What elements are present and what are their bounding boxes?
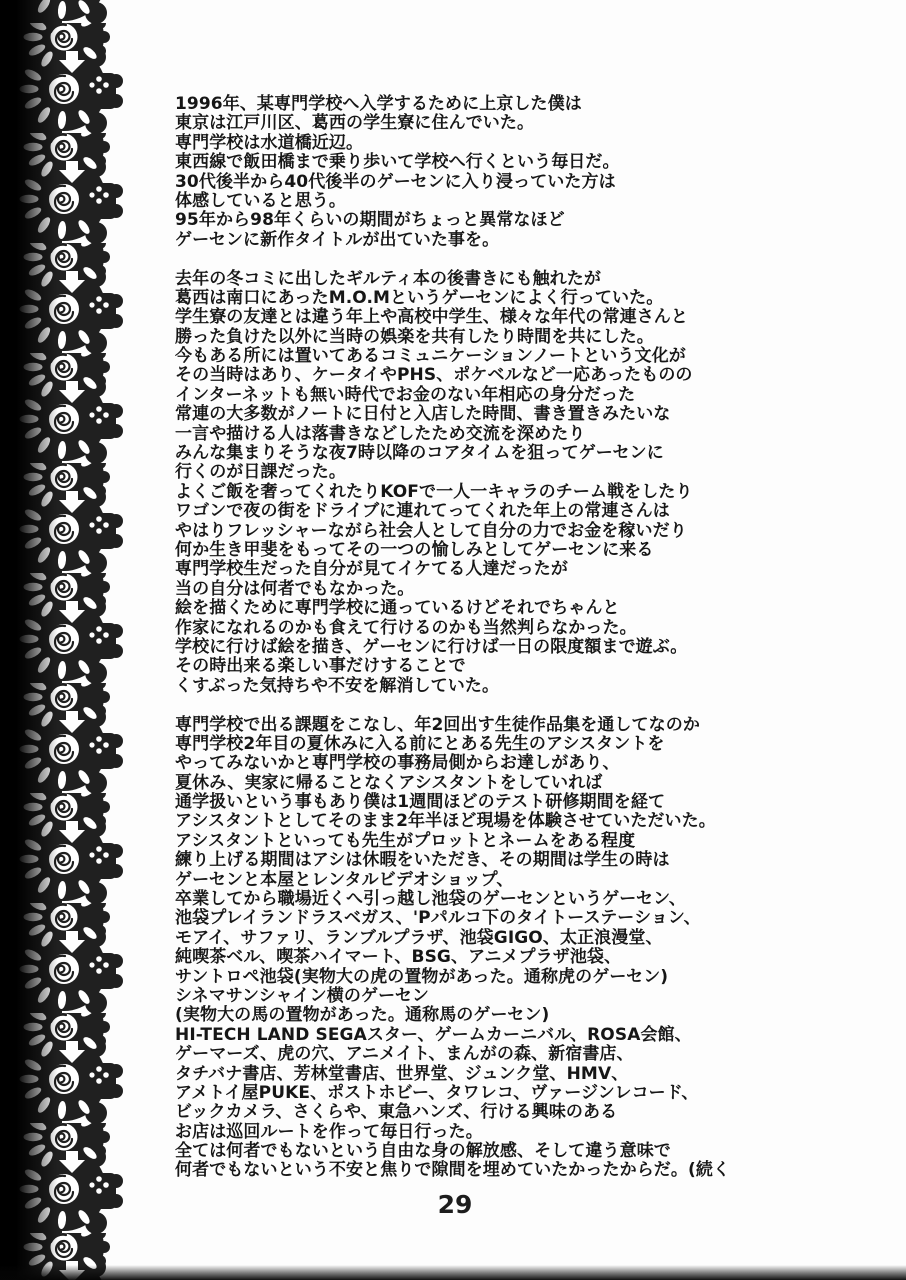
text-line: ゲーセンに新作タイトルが出ていた事を。 [175, 231, 730, 250]
bottom-edge-shadow [0, 1265, 906, 1280]
text-line: ゲーセンと本屋とレンタルビデオショップ、 [175, 871, 730, 890]
text-line: 95年から98年くらいの期間がちょっと異常なほど [175, 211, 730, 230]
text-line: アシスタントといっても先生がプロットとネームをある程度 [175, 832, 730, 851]
text-line: 葛西は南口にあったM.O.Mというゲーセンによく行っていた。 [175, 289, 730, 308]
manga-afterword-page: 1996年、某専門学校へ入学するために上京した僕は東京は江戸川区、葛西の学生寮に… [0, 0, 906, 1280]
text-line: 専門学校は水道橋近辺。 [175, 134, 730, 153]
afterword-text: 1996年、某専門学校へ入学するために上京した僕は東京は江戸川区、葛西の学生寮に… [175, 95, 730, 1181]
text-line: 夏休み、実家に帰ることなくアシスタントをしていれば [175, 774, 730, 793]
text-line: アシスタントとしてそのまま2年半ほど現場を体験させていただいた。 [175, 812, 730, 831]
text-line: 体感していると思う。 [175, 192, 730, 211]
text-line: 専門学校生だった自分が見てイケてる人達だったが [175, 560, 730, 579]
text-line: シネマサンシャイン横のゲーセン [175, 987, 730, 1006]
text-line: やってみないかと専門学校の事務局側からお達しがあり、 [175, 754, 730, 773]
text-line: 専門学校で出る課題をこなし、年2回出す生徒作品集を通してなのか [175, 716, 730, 735]
text-line: その当時はあり、ケータイやPHS、ポケベルなど一応あったものの [175, 366, 730, 385]
paragraph: 1996年、某専門学校へ入学するために上京した僕は東京は江戸川区、葛西の学生寮に… [175, 95, 730, 250]
text-line: HI-TECH LAND SEGAスター、ゲームカーニバル、ROSA会館、 [175, 1026, 730, 1045]
text-line: お店は巡回ルートを作って毎日行った。 [175, 1123, 730, 1142]
text-line: 通学扱いという事もあり僕は1週間ほどのテスト研修期間を経て [175, 793, 730, 812]
text-line: ビックカメラ、さくらや、東急ハンズ、行ける興味のある [175, 1103, 730, 1122]
text-line: ワゴンで夜の街をドライブに連れてってくれた年上の常連さんは [175, 502, 730, 521]
text-line: 東西線で飯田橋まで乗り歩いて学校へ行くという毎日だ。 [175, 153, 730, 172]
text-line: 全ては何者でもないという自由な身の解放感、そして違う意味で [175, 1142, 730, 1161]
text-line: 当の自分は何者でもなかった。 [175, 580, 730, 599]
text-line: 卒業してから職場近くへ引っ越し池袋のゲーセンというゲーセン、 [175, 890, 730, 909]
text-line: 30代後半から40代後半のゲーセンに入り浸っていた方は [175, 173, 730, 192]
text-line: 専門学校2年目の夏休みに入る前にとある先生のアシスタントを [175, 735, 730, 754]
text-line: その時出来る楽しい事だけすることで [175, 657, 730, 676]
text-line: 純喫茶ベル、喫茶ハイマート、BSG、アニメプラザ池袋、 [175, 948, 730, 967]
text-line: タチバナ書店、芳林堂書店、世界堂、ジュンク堂、HMV、 [175, 1065, 730, 1084]
paragraph: 去年の冬コミに出したギルティ本の後書きにも触れたが葛西は南口にあったM.O.Mと… [175, 270, 730, 697]
text-line: 1996年、某専門学校へ入学するために上京した僕は [175, 95, 730, 114]
text-line: 池袋プレイランドラスベガス、'Pパルコ下のタイトーステーション、 [175, 909, 730, 928]
text-line: 東京は江戸川区、葛西の学生寮に住んでいた。 [175, 114, 730, 133]
text-line: 常連の大多数がノートに日付と入店した時間、書き置きみたいな [175, 405, 730, 424]
text-line: みんな集まりそうな夜7時以降のコアタイムを狙ってゲーセンに [175, 444, 730, 463]
text-line: 勝った負けた以外に当時の娯楽を共有したり時間を共にした。 [175, 328, 730, 347]
page-number: 29 [438, 1190, 473, 1219]
text-line: 何者でもないという不安と焦りで隙間を埋めていたかったからだ。(続く [175, 1161, 730, 1180]
text-line: インターネットも無い時代でお金のない年相応の身分だった [175, 386, 730, 405]
text-line: 練り上げる期間はアシは休暇をいただき、その期間は学生の時は [175, 851, 730, 870]
text-line: ゲーマーズ、虎の穴、アニメイト、まんがの森、新宿書店、 [175, 1045, 730, 1064]
text-line: サントロペ池袋(実物大の虎の置物があった。通称虎のゲーセン) [175, 968, 730, 987]
text-line: 作家になれるのかも食えて行けるのかも当然判らなかった。 [175, 619, 730, 638]
text-line: アメトイ屋PUKE、ポストホビー、タワレコ、ヴァージンレコード、 [175, 1084, 730, 1103]
text-line: 去年の冬コミに出したギルティ本の後書きにも触れたが [175, 270, 730, 289]
paragraph: 専門学校で出る課題をこなし、年2回出す生徒作品集を通してなのか専門学校2年目の夏… [175, 716, 730, 1181]
text-line: モアイ、サファリ、ランブルプラザ、池袋GIGO、太正浪漫堂、 [175, 929, 730, 948]
text-line: やはりフレッシャーながら社会人として自分の力でお金を稼いだり [175, 522, 730, 541]
text-line: 学校に行けば絵を描き、ゲーセンに行けば一日の限度額まで遊ぶ。 [175, 638, 730, 657]
text-line: くすぶった気持ちや不安を解消していた。 [175, 677, 730, 696]
lace-rose-border-icon [0, 0, 126, 1280]
text-line: 行くのが日課だった。 [175, 463, 730, 482]
text-line: よくご飯を奢ってくれたりKOFで一人一キャラのチーム戦をしたり [175, 483, 730, 502]
text-line: 何か生き甲斐をもってその一つの愉しみとしてゲーセンに来る [175, 541, 730, 560]
text-line: (実物大の馬の置物があった。通称馬のゲーセン) [175, 1006, 730, 1025]
text-line: 今もある所には置いてあるコミュニケーションノートという文化が [175, 347, 730, 366]
text-line: 学生寮の友達とは違う年上や高校中学生、様々な年代の常連さんと [175, 308, 730, 327]
text-line: 絵を描くために専門学校に通っているけどそれでちゃんと [175, 599, 730, 618]
text-line: 一言や描ける人は落書きなどしたため交流を深めたり [175, 425, 730, 444]
